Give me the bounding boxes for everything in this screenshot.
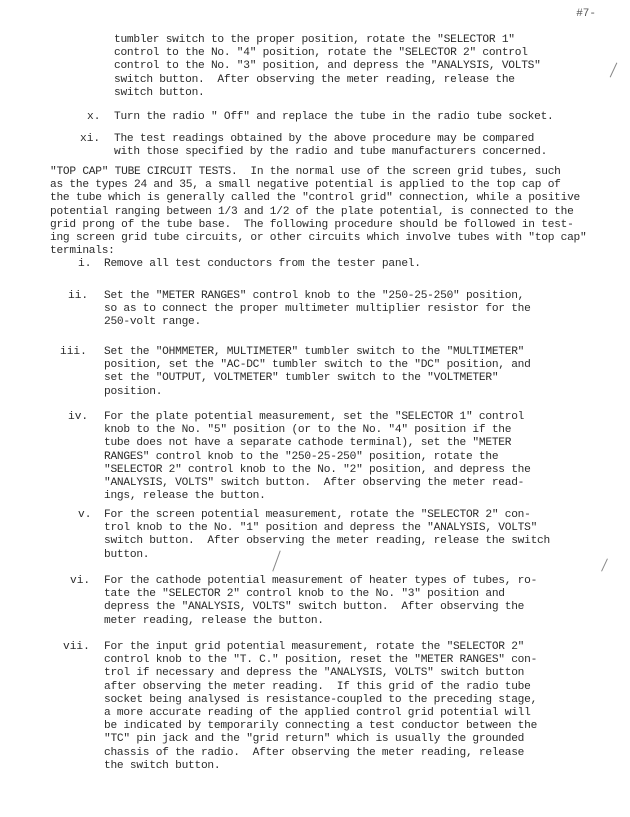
pencil-mark: [601, 558, 608, 571]
step-text: Remove all test conductors from the test…: [104, 258, 421, 271]
step-text: Set the "METER RANGES" control knob to t…: [104, 290, 531, 330]
step-text: For the plate potential measurement, set…: [104, 411, 531, 503]
step-marker: iii.: [60, 346, 87, 359]
step-marker: v.: [78, 509, 91, 522]
step-marker: ii.: [68, 290, 88, 303]
step-text: For the input grid potential measurement…: [104, 641, 537, 773]
section-paragraph: "TOP CAP" TUBE CIRCUIT TESTS. In the nor…: [50, 166, 586, 258]
step-x-text: Turn the radio " Off" and replace the tu…: [114, 111, 554, 124]
step-text: For the cathode potential measurement of…: [104, 575, 537, 628]
page-number: #7-: [576, 8, 596, 20]
document-page: #7- tumbler switch to the proper positio…: [0, 0, 630, 817]
step-xi-text: The test readings obtained by the above …: [114, 133, 547, 159]
step-marker: vi.: [70, 575, 90, 588]
step-xi-marker: xi.: [80, 133, 100, 146]
step-marker: vii.: [63, 641, 90, 654]
step-marker: iv.: [68, 411, 88, 424]
continuation-paragraph: tumbler switch to the proper position, r…: [114, 34, 541, 100]
step-marker: i.: [78, 258, 91, 271]
step-text: For the screen potential measurement, ro…: [104, 509, 550, 562]
pencil-mark: [610, 63, 618, 78]
step-text: Set the "OHMMETER, MULTIMETER" tumbler s…: [104, 346, 531, 399]
step-x-marker: x.: [87, 111, 100, 124]
